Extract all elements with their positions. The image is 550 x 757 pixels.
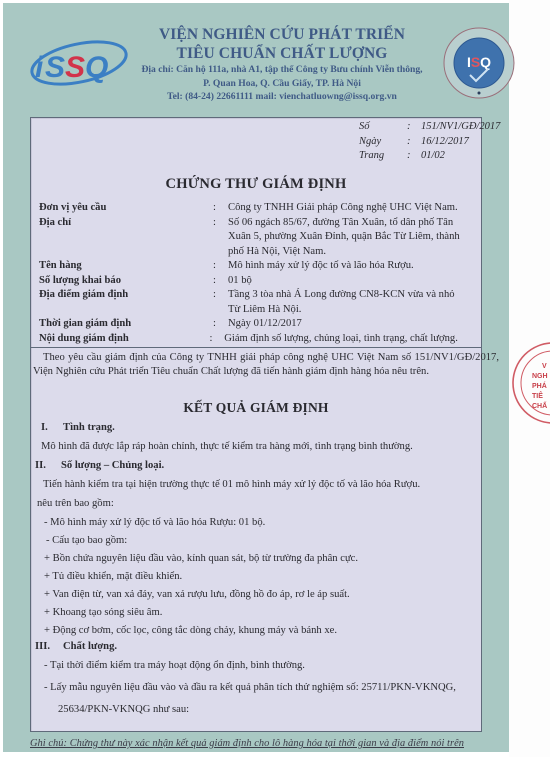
intro-paragraph: Theo yêu cầu giám định của Công ty TNHH … <box>33 351 499 380</box>
field-value: Công ty TNHH Giải pháp Công nghệ UHC Việ… <box>228 201 468 216</box>
colon: : <box>213 274 228 289</box>
list-item: + Van điện từ, van xả đáy, van xả rượu l… <box>35 588 475 602</box>
colon: : <box>210 332 225 347</box>
field-inspection-location: Địa điểm giám định : Tầng 3 tòa nhà Á Lo… <box>33 288 479 317</box>
org-name-line1: VIỆN NGHIÊN CỨU PHÁT TRIỂN <box>123 25 441 44</box>
field-label: Địa điểm giám định <box>33 288 213 317</box>
field-declared-quantity: Số lượng khai báo : 01 bộ <box>33 274 479 289</box>
field-label: Đơn vị yêu cầu <box>33 201 213 216</box>
field-requester: Đơn vị yêu cầu : Công ty TNHH Giải pháp … <box>33 201 479 216</box>
colon: : <box>213 317 228 332</box>
svg-text:S: S <box>45 51 65 84</box>
meta-value: 151/NV1/GĐ/2017 <box>421 120 500 135</box>
divider <box>31 347 481 348</box>
svg-text:ISQ: ISQ <box>467 54 491 70</box>
field-label: Số lượng khai báo <box>33 274 213 289</box>
svg-text:TIÊ: TIÊ <box>532 391 543 400</box>
svg-text:Q: Q <box>85 51 108 84</box>
list-item: + Bồn chứa nguyên liệu đầu vào, kính qua… <box>35 552 475 566</box>
field-label: Địa chỉ <box>33 216 213 260</box>
org-name-line2: TIÊU CHUẨN CHẤT LƯỢNG <box>123 44 441 63</box>
footnote: Ghi chú: Chứng thư này xác nhận kết quả … <box>30 738 464 749</box>
certificate-body: Số : 151/NV1/GĐ/2017 Ngày : 16/12/2017 T… <box>30 117 482 732</box>
field-label: Nội dung giám định <box>33 332 210 347</box>
section-number: II. <box>35 459 57 473</box>
red-stamp: V NGH PHÁ TIÊ CHẤ <box>508 333 550 433</box>
section-text: nêu trên bao gồm: <box>35 497 475 511</box>
svg-text:i: i <box>35 51 44 84</box>
svg-text:S: S <box>65 51 85 84</box>
list-item: - Tại thời điểm kiểm tra máy hoạt động ổ… <box>35 659 475 673</box>
section-text: Mô hình đã được lắp ráp hoàn chỉnh, thực… <box>35 440 475 454</box>
colon: : <box>407 120 421 135</box>
meta-value: 01/02 <box>421 149 445 164</box>
field-value: 01 bộ <box>228 274 468 289</box>
meta-label: Trang <box>359 149 407 164</box>
field-label: Tên hàng <box>33 259 213 274</box>
document-title: CHỨNG THƯ GIÁM ĐỊNH <box>31 176 481 193</box>
field-label: Thời gian giám định <box>33 317 213 332</box>
document-meta: Số : 151/NV1/GĐ/2017 Ngày : 16/12/2017 T… <box>359 120 500 164</box>
meta-date: Ngày : 16/12/2017 <box>359 135 500 150</box>
list-item: + Tủ điều khiển, mặt điều khiển. <box>35 570 475 584</box>
field-value: Mô hình máy xử lý độc tố và lão hóa Rượu… <box>228 259 468 274</box>
section-number: I. <box>35 421 57 435</box>
list-item: - Mô hình máy xử lý độc tố và lão hóa Rư… <box>35 516 475 530</box>
section-heading: I. Tình trạng. <box>35 421 475 435</box>
meta-label: Số <box>359 120 407 135</box>
section-heading: II. Số lượng – Chủng loại. <box>35 459 475 473</box>
colon: : <box>407 149 421 164</box>
section-title: Chất lượng. <box>61 640 117 654</box>
meta-page: Trang : 01/02 <box>359 149 500 164</box>
svg-text:V: V <box>542 363 547 370</box>
meta-value: 16/12/2017 <box>421 135 469 150</box>
field-value: Giám định số lượng, chủng loại, tình trạ… <box>224 332 479 347</box>
field-value: Ngày 01/12/2017 <box>228 317 468 332</box>
list-item: - Lấy mẫu nguyên liệu đầu vào và đầu ra … <box>35 681 475 695</box>
results-title: KẾT QUẢ GIÁM ĐỊNH <box>31 400 481 416</box>
field-inspection-content: Nội dung giám định : Giám định số lượng,… <box>33 332 479 347</box>
colon: : <box>213 216 228 260</box>
request-fields: Đơn vị yêu cầu : Công ty TNHH Giải pháp … <box>33 201 479 346</box>
svg-text:PHÁ: PHÁ <box>532 381 547 390</box>
field-address: Địa chỉ : Số 06 ngách 85/67, đường Tân X… <box>33 216 479 260</box>
svg-text:CHẤ: CHẤ <box>532 400 547 410</box>
colon: : <box>213 259 228 274</box>
list-item: - Cấu tạo bao gồm: <box>35 534 475 548</box>
organization-header: VIỆN NGHIÊN CỨU PHÁT TRIỂN TIÊU CHUẨN CH… <box>123 25 441 104</box>
org-address-line1: Địa chỉ: Căn hộ 111a, nhà A1, tập thể Cô… <box>123 64 441 77</box>
results-body: I. Tình trạng. Mô hình đã được lắp ráp h… <box>35 421 475 717</box>
meta-label: Ngày <box>359 135 407 150</box>
section-heading: III. Chất lượng. <box>35 640 475 654</box>
colon: : <box>213 201 228 216</box>
colon: : <box>213 288 228 317</box>
isq-seal-icon: ISQ <box>443 27 515 99</box>
section-text: Tiến hành kiểm tra tại hiện trường thực … <box>35 478 475 492</box>
list-item: 25634/PKN-VKNQG như sau: <box>35 703 475 717</box>
field-goods-name: Tên hàng : Mô hình máy xử lý độc tố và l… <box>33 259 479 274</box>
field-inspection-time: Thời gian giám định : Ngày 01/12/2017 <box>33 317 479 332</box>
section-title: Số lượng – Chủng loại. <box>57 459 164 473</box>
field-value: Tầng 3 tòa nhà Á Long đường CN8-KCN vừa … <box>228 288 468 317</box>
org-address-line2: P. Quan Hoa, Q. Cầu Giấy, TP. Hà Nội <box>123 78 441 91</box>
list-item: + Động cơ bơm, cốc lọc, công tắc dòng ch… <box>35 624 475 638</box>
field-value: Số 06 ngách 85/67, đường Tân Xuân, tổ dâ… <box>228 216 468 260</box>
org-contact: Tel: (84-24) 22661111 mail: vienchatluow… <box>123 91 441 104</box>
meta-number: Số : 151/NV1/GĐ/2017 <box>359 120 500 135</box>
section-number: III. <box>35 640 61 654</box>
svg-text:NGH: NGH <box>532 373 548 380</box>
issq-logo-icon: i S S Q <box>29 33 129 91</box>
colon: : <box>407 135 421 150</box>
section-title: Tình trạng. <box>57 421 115 435</box>
list-item: + Khoang tạo sóng siêu âm. <box>35 606 475 620</box>
